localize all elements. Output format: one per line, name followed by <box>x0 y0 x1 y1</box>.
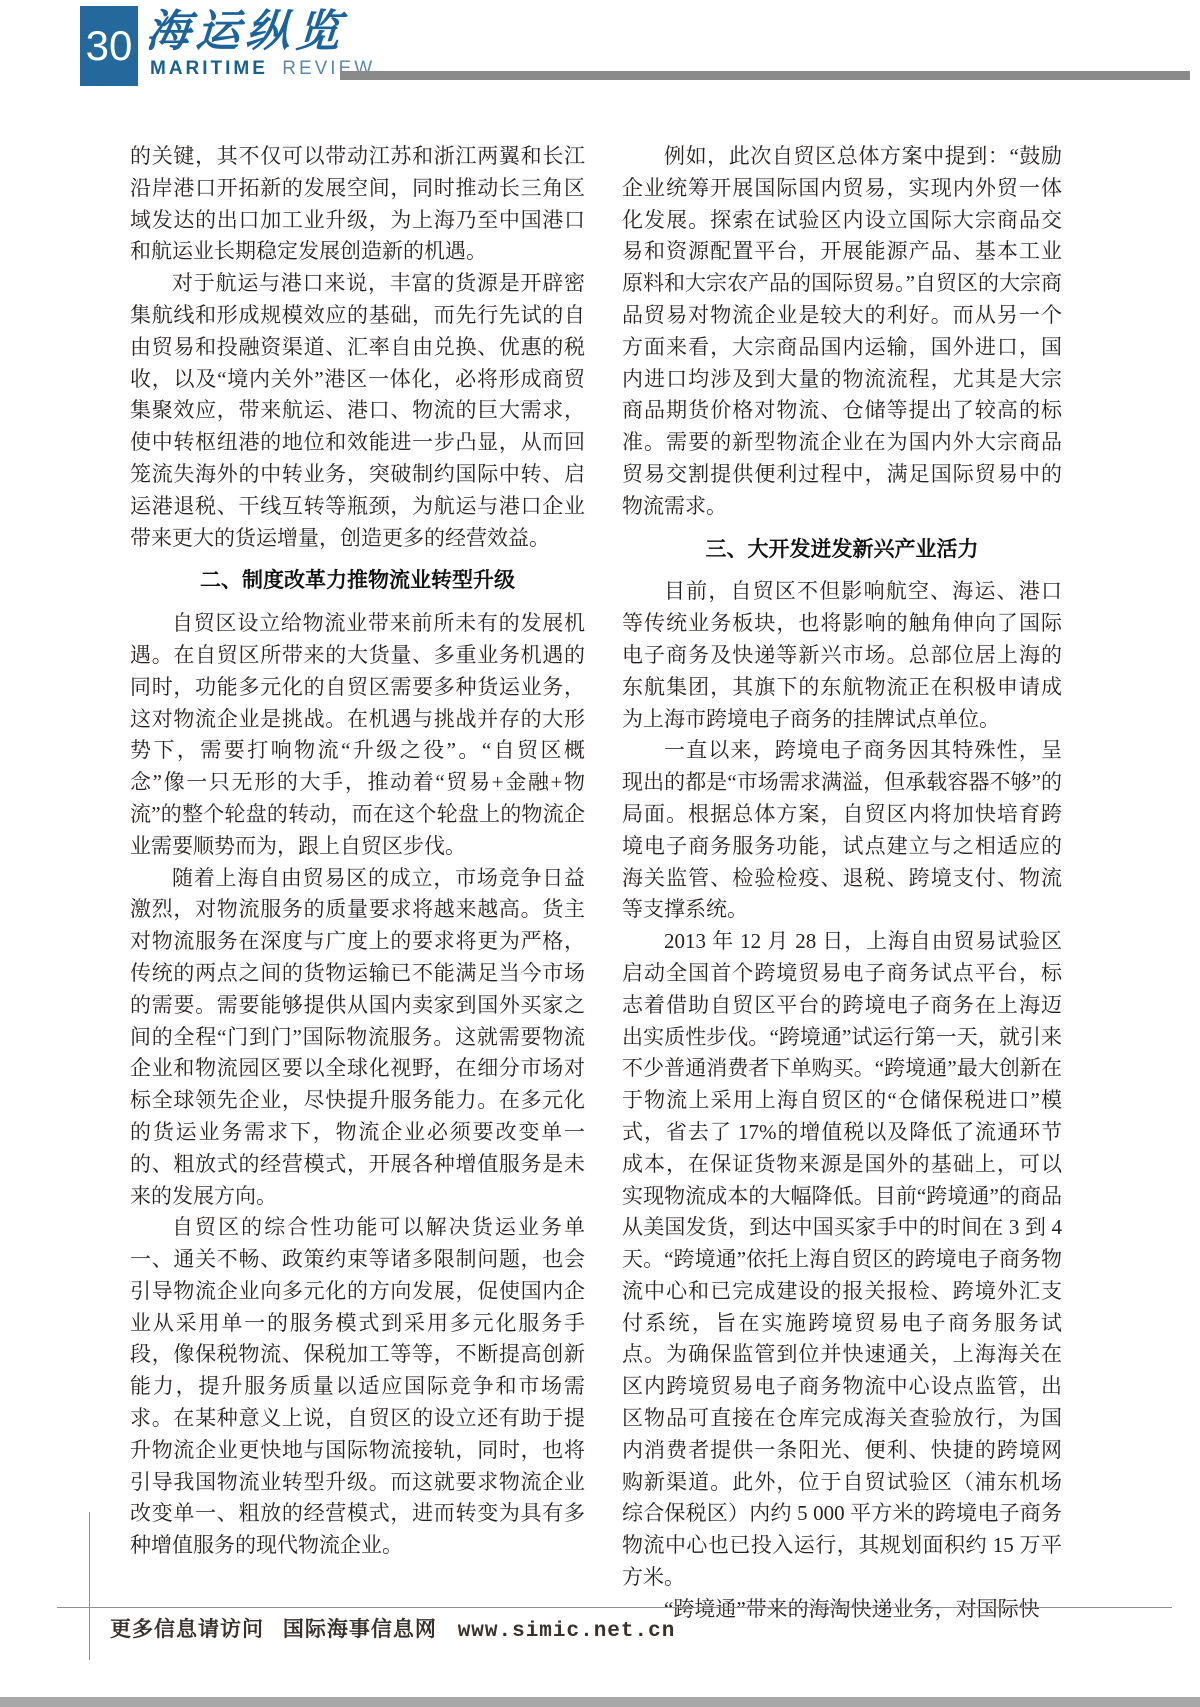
footer-rule <box>57 1607 1172 1608</box>
page-number: 30 <box>86 22 133 70</box>
paragraph: 自贸区的综合性功能可以解决货运业务单一、通关不畅、政策约束等诸多限制问题，也会引… <box>130 1212 585 1562</box>
article-column-left: 的关键，其不仅可以带动江苏和浙江两翼和长江沿岸港口开拓新的发展空间，同时推动长三… <box>130 141 585 1562</box>
paragraph: 随着上海自由贸易区的成立，市场竞争日益激烈，对物流服务的质量要求将越来越高。货主… <box>130 863 585 1213</box>
footer-visit-text: 更多信息请访问 <box>110 1618 264 1641</box>
paragraph: 例如，此次自贸区总体方案中提到：“鼓励企业统筹开展国际国内贸易，实现内外贸一体化… <box>622 141 1062 523</box>
article-column-right: 例如，此次自贸区总体方案中提到：“鼓励企业统筹开展国际国内贸易，实现内外贸一体化… <box>622 141 1062 1626</box>
footer-site-url-link[interactable]: www.simic.net.cn <box>458 1620 676 1643</box>
paragraph: 一直以来，跨境电子商务因其特殊性，呈现出的都是“市场需求满溢，但承载容器不够”的… <box>622 735 1062 926</box>
brand-subtitle-word-1: MARITIME <box>150 58 268 79</box>
paragraph: 目前，自贸区不但影响航空、海运、港口等传统业务板块，也将影响的触角伸向了国际电子… <box>622 576 1062 735</box>
section-heading-2: 二、制度改革力推物流业转型升级 <box>130 565 585 597</box>
page-number-badge: 30 <box>80 6 138 86</box>
paragraph: 的关键，其不仅可以带动江苏和浙江两翼和长江沿岸港口开拓新的发展空间，同时推动长三… <box>130 141 585 268</box>
brand-title-cn: 海运纵览 <box>144 4 348 60</box>
footer-note: 更多信息请访问 国际海事信息网 www.simic.net.cn <box>110 1613 675 1643</box>
paragraph: “跨境通”带来的海淘快递业务，对国际快 <box>622 1594 1062 1626</box>
bottom-bar <box>0 1697 1200 1707</box>
section-heading-3: 三、大开发迸发新兴产业活力 <box>622 534 1062 566</box>
magazine-page: 30 海运纵览 MARITIME REVIEW 的关键，其不仅可以带动江苏和浙江… <box>0 0 1200 1707</box>
footer-vertical-line <box>89 1512 90 1660</box>
paragraph: 自贸区设立给物流业带来前所未有的发展机遇。在自贸区所带来的大货量、多重业务机遇的… <box>130 608 585 862</box>
footer-site-name: 国际海事信息网 <box>283 1618 437 1641</box>
header-rule-bar <box>340 71 1190 80</box>
paragraph: 2013 年 12 月 28 日，上海自由贸易试验区启动全国首个跨境贸易电子商务… <box>622 926 1062 1594</box>
paragraph: 对于航运与港口来说，丰富的货源是开辟密集航线和形成规模效应的基础，而先行先试的自… <box>130 268 585 554</box>
